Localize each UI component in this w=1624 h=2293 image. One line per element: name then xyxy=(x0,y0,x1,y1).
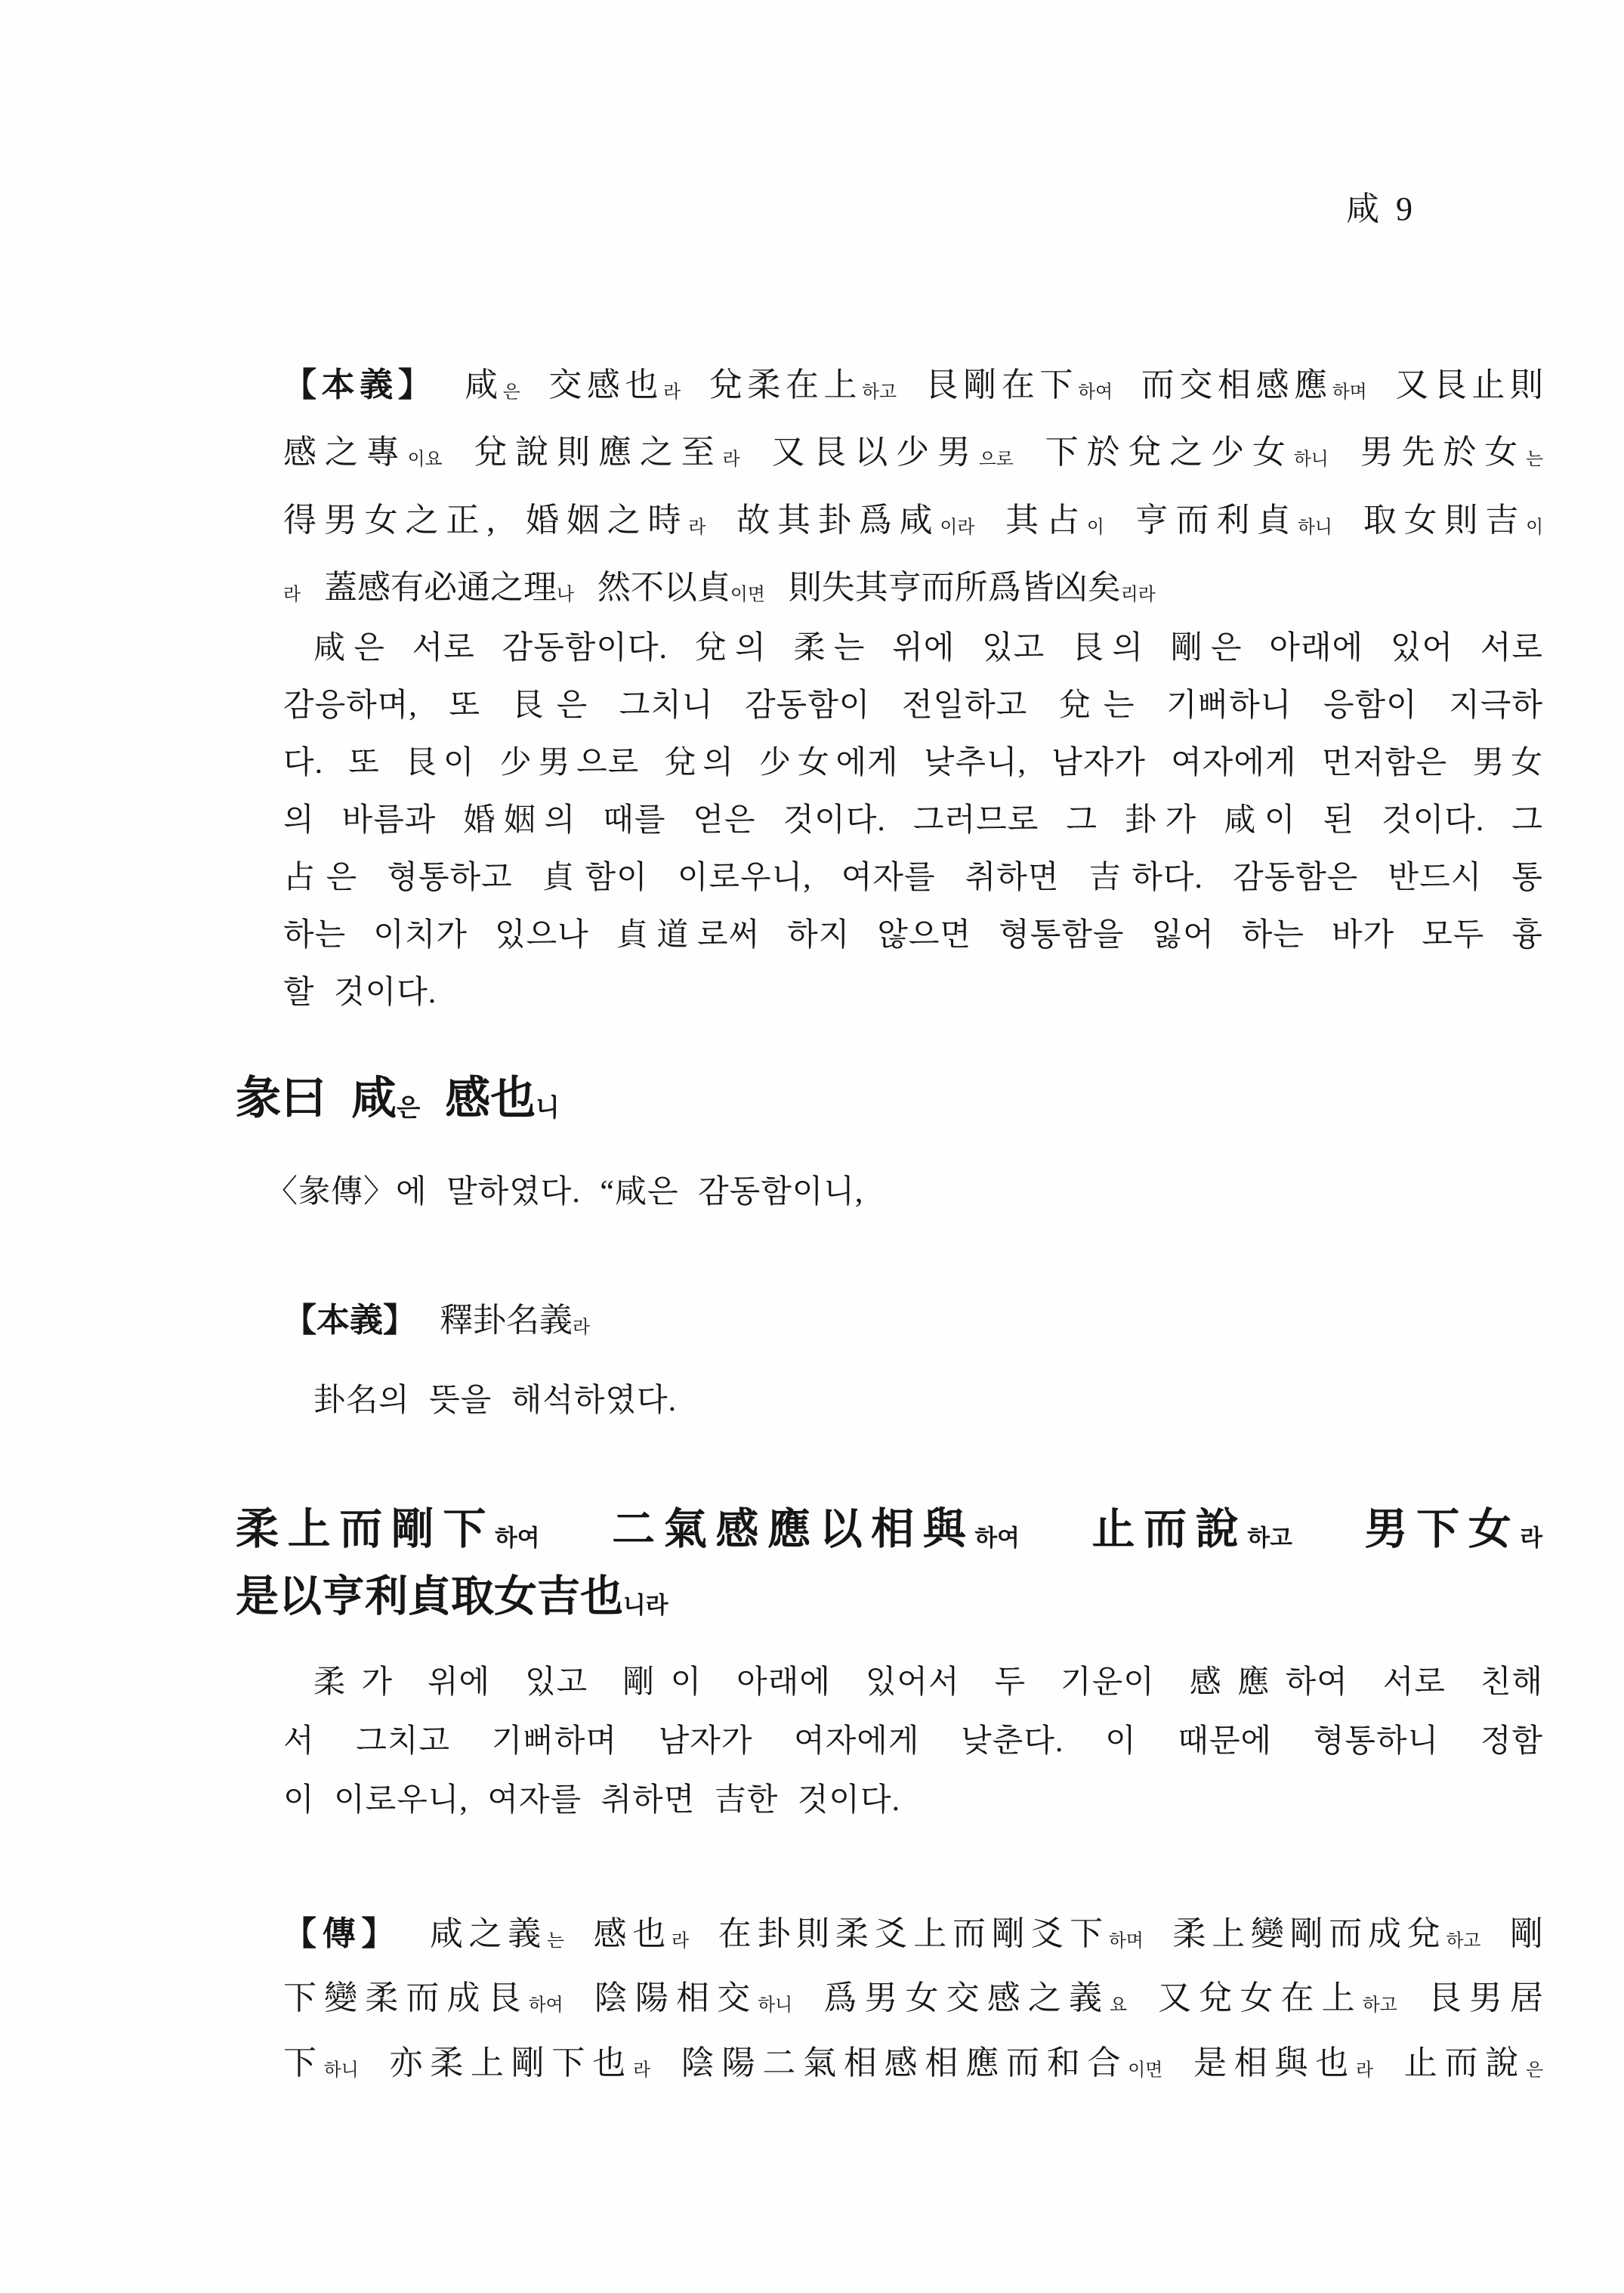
text-line: 하는 이치가 있으나 貞道로써 하지 않으면 형통함을 잃어 하는 바가 모두 … xyxy=(283,907,1543,964)
text-line: 柔上而剛下하여 二氣感應以相與하여 止而說하고 男下女라 xyxy=(236,1500,1542,1568)
suffix-annotation: 하니 xyxy=(758,1996,792,2016)
bracket-label: 【傳】 xyxy=(283,1915,400,1952)
suffix-annotation: 하여 xyxy=(529,1996,563,2016)
suffix-annotation: 라 xyxy=(283,586,301,605)
text-line: 柔가 위에 있고 剛이 아래에 있어서 두 기운이 感應하여 서로 친해 xyxy=(283,1653,1543,1712)
suffix-annotation: 하고 xyxy=(1363,1996,1397,2016)
suffix-annotation: 라 xyxy=(723,450,740,470)
suffix-annotation: 나 xyxy=(557,586,574,605)
suffix-annotation: 하고 xyxy=(1446,1931,1480,1951)
bracket-label: 【本義】 xyxy=(283,366,436,403)
text-line: 下하니 亦柔上剛下也라 陰陽二氣相感相應而和合이면 是相與也라 止而說은 xyxy=(283,2035,1543,2099)
suffix-annotation: 라 xyxy=(633,2060,650,2080)
suffix-annotation: 하며 xyxy=(1332,382,1367,402)
boneui-commentary-2: 【本義】 釋卦名義라 xyxy=(283,1290,1543,1358)
suffix-annotation: 은 xyxy=(397,1095,420,1122)
text-line: 得男女之正, 婚姻之時라 故其卦爲咸이라 其占이 亨而利貞하니 取女則吉이 xyxy=(283,490,1543,558)
text-line: 下變柔而成艮하여 陰陽相交하니 爲男女交感之義요 又兌女在上하고 艮男居 xyxy=(283,1970,1543,2034)
text-line: 【本義】 釋卦名義라 xyxy=(283,1290,1543,1358)
suffix-annotation: 라 xyxy=(672,1931,689,1951)
jeon-commentary: 【傳】 咸之義는 感也라 在卦則柔爻上而剛爻下하며 柔上變剛而成兌하고 剛下變柔… xyxy=(283,1905,1543,2099)
boneui-commentary-1: 【本義】 咸은 交感也라 兌柔在上하고 艮剛在下하여 而交相感應하며 又艮止則感… xyxy=(283,355,1543,626)
text-line: 【傳】 咸之義는 感也라 在卦則柔爻上而剛爻下하며 柔上變剛而成兌하고 剛 xyxy=(283,1905,1543,1970)
text-line: 라 蓋感有必通之理나 然不以貞이면 則失其亨而所爲皆凶矣리라 xyxy=(283,558,1543,625)
text-line: 咸은 서로 감동함이다. 兌의 柔는 위에 있고 艮의 剛은 아래에 있어 서로 xyxy=(283,620,1543,677)
suffix-annotation: 이면 xyxy=(730,586,765,605)
text-line: 의 바름과 婚姻의 때를 얻은 것이다. 그러므로 그 卦가 咸이 된 것이다.… xyxy=(283,792,1543,849)
suffix-annotation: 은 xyxy=(503,382,520,402)
suffix-annotation: 라 xyxy=(663,382,681,402)
suffix-annotation: 은 xyxy=(1526,2060,1543,2080)
page-header: 咸 9 xyxy=(1346,190,1413,228)
text-line: 感之專이요 兌說則應之至라 又艮以少男으로 下於兌之少女하니 男先於女는 xyxy=(283,422,1543,490)
suffix-annotation: 라 xyxy=(573,1318,590,1337)
text-line: 卦名의 뜻을 해석하였다. xyxy=(283,1372,1543,1429)
suffix-annotation: 이라 xyxy=(940,518,974,537)
text-line: 【本義】 咸은 交感也라 兌柔在上하고 艮剛在下하여 而交相感應하며 又艮止則 xyxy=(283,355,1543,422)
suffix-annotation: 라 xyxy=(688,518,705,537)
suffix-annotation: 니 xyxy=(536,1095,559,1122)
suffix-annotation: 하니 xyxy=(324,2060,359,2080)
suffix-annotation: 하고 xyxy=(862,382,897,402)
suffix-annotation: 하고 xyxy=(1247,1525,1292,1551)
suffix-annotation: 하여 xyxy=(495,1525,539,1551)
suffix-annotation: 니라 xyxy=(623,1593,668,1618)
text-line: 〈彖傳〉에 말하였다. “咸은 감동함이니, xyxy=(266,1163,1526,1221)
suffix-annotation: 리라 xyxy=(1121,586,1156,605)
suffix-annotation: 이요 xyxy=(408,450,443,470)
tuan-quote-heading: 彖曰 咸은 感也니 xyxy=(236,1071,560,1136)
suffix-annotation: 하여 xyxy=(974,1525,1019,1551)
korean-translation-2: 〈彖傳〉에 말하였다. “咸은 감동함이니, xyxy=(266,1163,1526,1221)
suffix-annotation: 라 xyxy=(1520,1525,1542,1551)
text-line: 占은 형통하고 貞함이 이로우니, 여자를 취하면 吉하다. 감동함은 반드시 … xyxy=(283,849,1543,907)
suffix-annotation: 는 xyxy=(547,1931,564,1951)
suffix-annotation: 하니 xyxy=(1298,518,1332,537)
scanned-book-page: 咸 9 【本義】 咸은 交感也라 兌柔在上하고 艮剛在下하여 而交相感應하며 又… xyxy=(0,0,1624,2293)
suffix-annotation: 는 xyxy=(1526,450,1543,470)
bracket-label: 【本義】 xyxy=(283,1302,416,1339)
suffix-annotation: 하니 xyxy=(1294,450,1329,470)
text-line: 이 이로우니, 여자를 취하면 吉한 것이다. xyxy=(283,1771,1543,1830)
suffix-annotation: 이 xyxy=(1087,518,1104,537)
suffix-annotation: 으로 xyxy=(979,450,1014,470)
suffix-annotation: 하며 xyxy=(1109,1931,1144,1951)
korean-translation-1: 咸은 서로 감동함이다. 兌의 柔는 위에 있고 艮의 剛은 아래에 있어 서로… xyxy=(283,620,1543,1021)
korean-translation-4: 柔가 위에 있고 剛이 아래에 있어서 두 기운이 感應하여 서로 친해서 그치… xyxy=(283,1653,1543,1830)
text-line: 다. 또 艮이 少男으로 兌의 少女에게 낮추니, 남자가 여자에게 먼저함은 … xyxy=(283,734,1543,792)
korean-translation-3: 卦名의 뜻을 해석하였다. xyxy=(283,1372,1543,1429)
text-line: 서 그치고 기뻐하며 남자가 여자에게 낮춘다. 이 때문에 형통하니 정함 xyxy=(283,1712,1543,1771)
suffix-annotation: 하여 xyxy=(1078,382,1113,402)
tuan-body-heading: 柔上而剛下하여 二氣感應以相與하여 止而說하고 男下女라是以亨利貞取女吉也니라 xyxy=(236,1500,1542,1635)
suffix-annotation: 이 xyxy=(1526,518,1543,537)
text-line: 할 것이다. xyxy=(283,964,1543,1021)
suffix-annotation: 이면 xyxy=(1128,2060,1162,2080)
text-line: 是以亨利貞取女吉也니라 xyxy=(236,1568,1542,1635)
text-line: 彖曰 咸은 感也니 xyxy=(236,1071,560,1136)
text-line: 감응하며, 또 艮은 그치니 감동함이 전일하고 兌는 기뻐하니 응함이 지극하 xyxy=(283,677,1543,734)
suffix-annotation: 라 xyxy=(1356,2060,1373,2080)
suffix-annotation: 요 xyxy=(1110,1996,1127,2016)
